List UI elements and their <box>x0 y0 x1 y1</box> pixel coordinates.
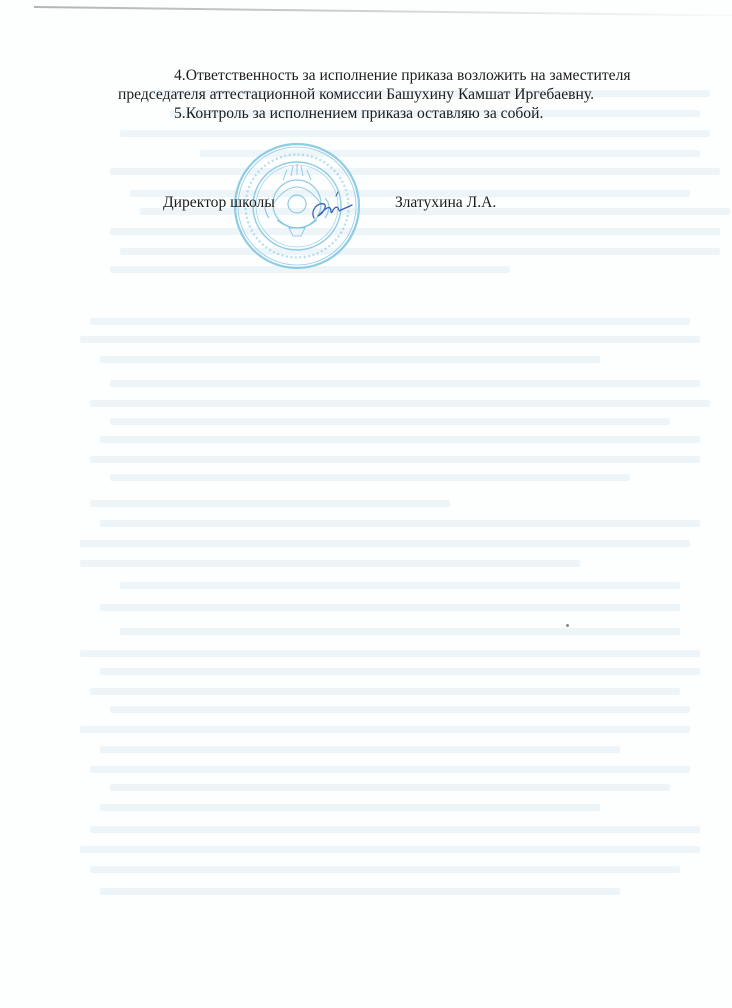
bleed-through-line <box>110 474 630 481</box>
bleed-through-line <box>110 380 700 387</box>
order-item-5: 5.Контроль за исполнением приказа оставл… <box>174 104 543 124</box>
bleed-through-line <box>110 784 670 791</box>
bleed-through-line <box>80 650 700 657</box>
bleed-through-line <box>80 540 690 547</box>
bleed-through-line <box>90 400 710 407</box>
bleed-through-line <box>100 356 600 363</box>
bleed-through-line <box>100 888 620 895</box>
bleed-through-line <box>80 726 690 733</box>
reverse-side-bleed-through <box>0 0 732 1008</box>
order-item-4-continuation: председателя аттестационной комиссии Баш… <box>118 85 594 105</box>
bleed-through-line <box>100 604 680 611</box>
bleed-through-line <box>80 846 700 853</box>
paper-speck <box>566 624 569 627</box>
bleed-through-line <box>110 706 690 713</box>
bleed-through-line <box>90 318 690 325</box>
bleed-through-line <box>110 168 720 175</box>
bleed-through-line <box>110 418 670 425</box>
handwritten-signature-icon <box>306 188 356 224</box>
bleed-through-line <box>120 628 680 635</box>
bleed-through-line <box>120 130 710 137</box>
bleed-through-line <box>90 826 700 833</box>
bleed-through-line <box>120 582 680 589</box>
bleed-through-line <box>100 520 700 527</box>
bleed-through-line <box>90 688 680 695</box>
bleed-through-line <box>100 668 700 675</box>
bleed-through-line <box>90 456 700 463</box>
order-item-4: 4.Ответственность за исполнение приказа … <box>174 66 631 86</box>
scan-edge-shadow <box>34 6 732 17</box>
bleed-through-line <box>100 804 600 811</box>
bleed-through-line <box>90 766 690 773</box>
bleed-through-line <box>100 746 620 753</box>
bleed-through-line <box>100 436 700 443</box>
signatory-name: Златухина Л.А. <box>395 193 496 213</box>
bleed-through-line <box>80 560 580 567</box>
signatory-title: Директор школы <box>163 193 275 213</box>
bleed-through-line <box>90 866 680 873</box>
bleed-through-line <box>80 336 700 343</box>
bleed-through-line <box>110 228 720 235</box>
bleed-through-line <box>90 500 450 507</box>
bleed-through-line <box>120 248 720 255</box>
